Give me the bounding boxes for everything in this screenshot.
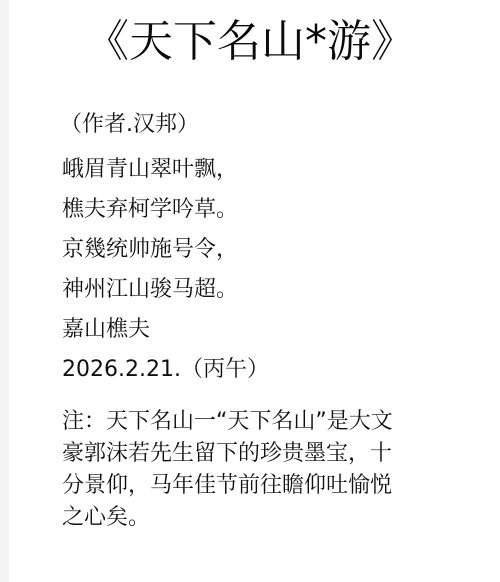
note-line: 分景仰，马年佳节前往瞻仰吐愉悦 bbox=[62, 470, 442, 502]
date: 2026.2.21.（丙午） bbox=[62, 350, 269, 390]
poem-line: 樵夫弃柯学吟草。 bbox=[62, 190, 269, 230]
poem-line: 峨眉青山翠叶飘， bbox=[62, 150, 269, 190]
left-margin-strip bbox=[0, 0, 9, 582]
poem-author: （作者.汉邦） bbox=[60, 110, 199, 140]
poem-body: 峨眉青山翠叶飘， 樵夫弃柯学吟草。 京幾统帅施号令， 神州江山骏马超。 嘉山樵夫… bbox=[62, 150, 269, 390]
note-line: 豪郭沫若先生留下的珍贵墨宝，十 bbox=[62, 438, 442, 470]
signature: 嘉山樵夫 bbox=[62, 310, 269, 350]
poem-line: 神州江山骏马超。 bbox=[62, 270, 269, 310]
note-line: 注：天下名山一“天下名山”是大文 bbox=[62, 406, 442, 438]
poem-line: 京幾统帅施号令， bbox=[62, 230, 269, 270]
note-line: 之心矣。 bbox=[62, 502, 442, 534]
poem-title: 《天下名山*游》 bbox=[0, 14, 500, 70]
annotation-note: 注：天下名山一“天下名山”是大文 豪郭沫若先生留下的珍贵墨宝，十 分景仰，马年佳… bbox=[62, 406, 442, 534]
